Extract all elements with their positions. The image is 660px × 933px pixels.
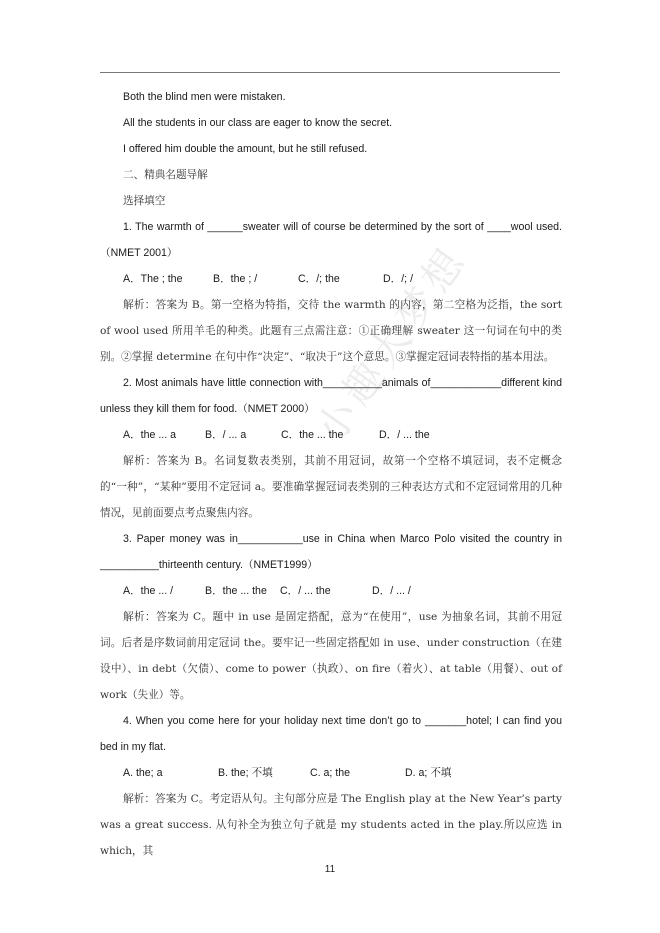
question-stem: 2. Most animals have little connection w… xyxy=(100,370,562,422)
question-analysis: 解析：答案为 C。考定语从句。主句部分应是 The English play a… xyxy=(100,786,562,864)
option-c: C. a; the xyxy=(310,760,405,786)
question-options: A．the ... a B．/ ... a C．the ... the D．/ … xyxy=(100,422,562,448)
option-b: B．/ ... a xyxy=(205,422,281,448)
question-stem: 1. The warmth of ______sweater will of c… xyxy=(100,214,562,266)
example-sentence: Both the blind men were mistaken. xyxy=(100,84,562,110)
option-a: A．the ... / xyxy=(123,578,205,604)
option-b: B. the; 不填 xyxy=(218,760,310,786)
header-rule xyxy=(100,72,560,73)
option-c: C．/; the xyxy=(298,266,383,292)
option-b: B．the ... the xyxy=(205,578,280,604)
option-d: D. a; 不填 xyxy=(405,760,452,786)
option-a: A. the; a xyxy=(123,760,218,786)
question-analysis: 解析：答案为 B。第一空格为特指，交待 the warmth 的内容，第二空格为… xyxy=(100,292,562,370)
question-options: A．the ... / B．the ... the C．/ ... the D．… xyxy=(100,578,562,604)
question-options: A．The ; the B．the ; / C．/; the D．/; / xyxy=(100,266,562,292)
question-stem: 4. When you come here for your holiday n… xyxy=(100,708,562,760)
option-a: A．the ... a xyxy=(123,422,205,448)
option-c: C．the ... the xyxy=(281,422,379,448)
example-sentence: I offered him double the amount, but he … xyxy=(100,136,562,162)
question-analysis: 解析：答案为 C。题中 in use 是固定搭配，意为“在使用”，use 为抽象… xyxy=(100,604,562,708)
option-d: D．/ ... the xyxy=(379,422,430,448)
option-c: C．/ ... the xyxy=(280,578,372,604)
question-analysis: 解析：答案为 B。名词复数表类别，其前不用冠词，故第一个空格不填冠词，表不定概念… xyxy=(100,448,562,526)
option-d: D．/; / xyxy=(383,266,413,292)
section-heading: 二、精典名题导解 xyxy=(100,162,562,188)
question-stem: 3. Paper money was in___________use in C… xyxy=(100,526,562,578)
option-d: D．/ ... / xyxy=(372,578,411,604)
question-options: A. the; a B. the; 不填 C. a; the D. a; 不填 xyxy=(100,760,562,786)
option-a: A．The ; the xyxy=(123,266,213,292)
option-b: B．the ; / xyxy=(213,266,298,292)
subsection-heading: 选择填空 xyxy=(100,188,562,214)
document-body: Both the blind men were mistaken. All th… xyxy=(100,84,562,864)
example-sentence: All the students in our class are eager … xyxy=(100,110,562,136)
page-number: 11 xyxy=(0,864,660,875)
